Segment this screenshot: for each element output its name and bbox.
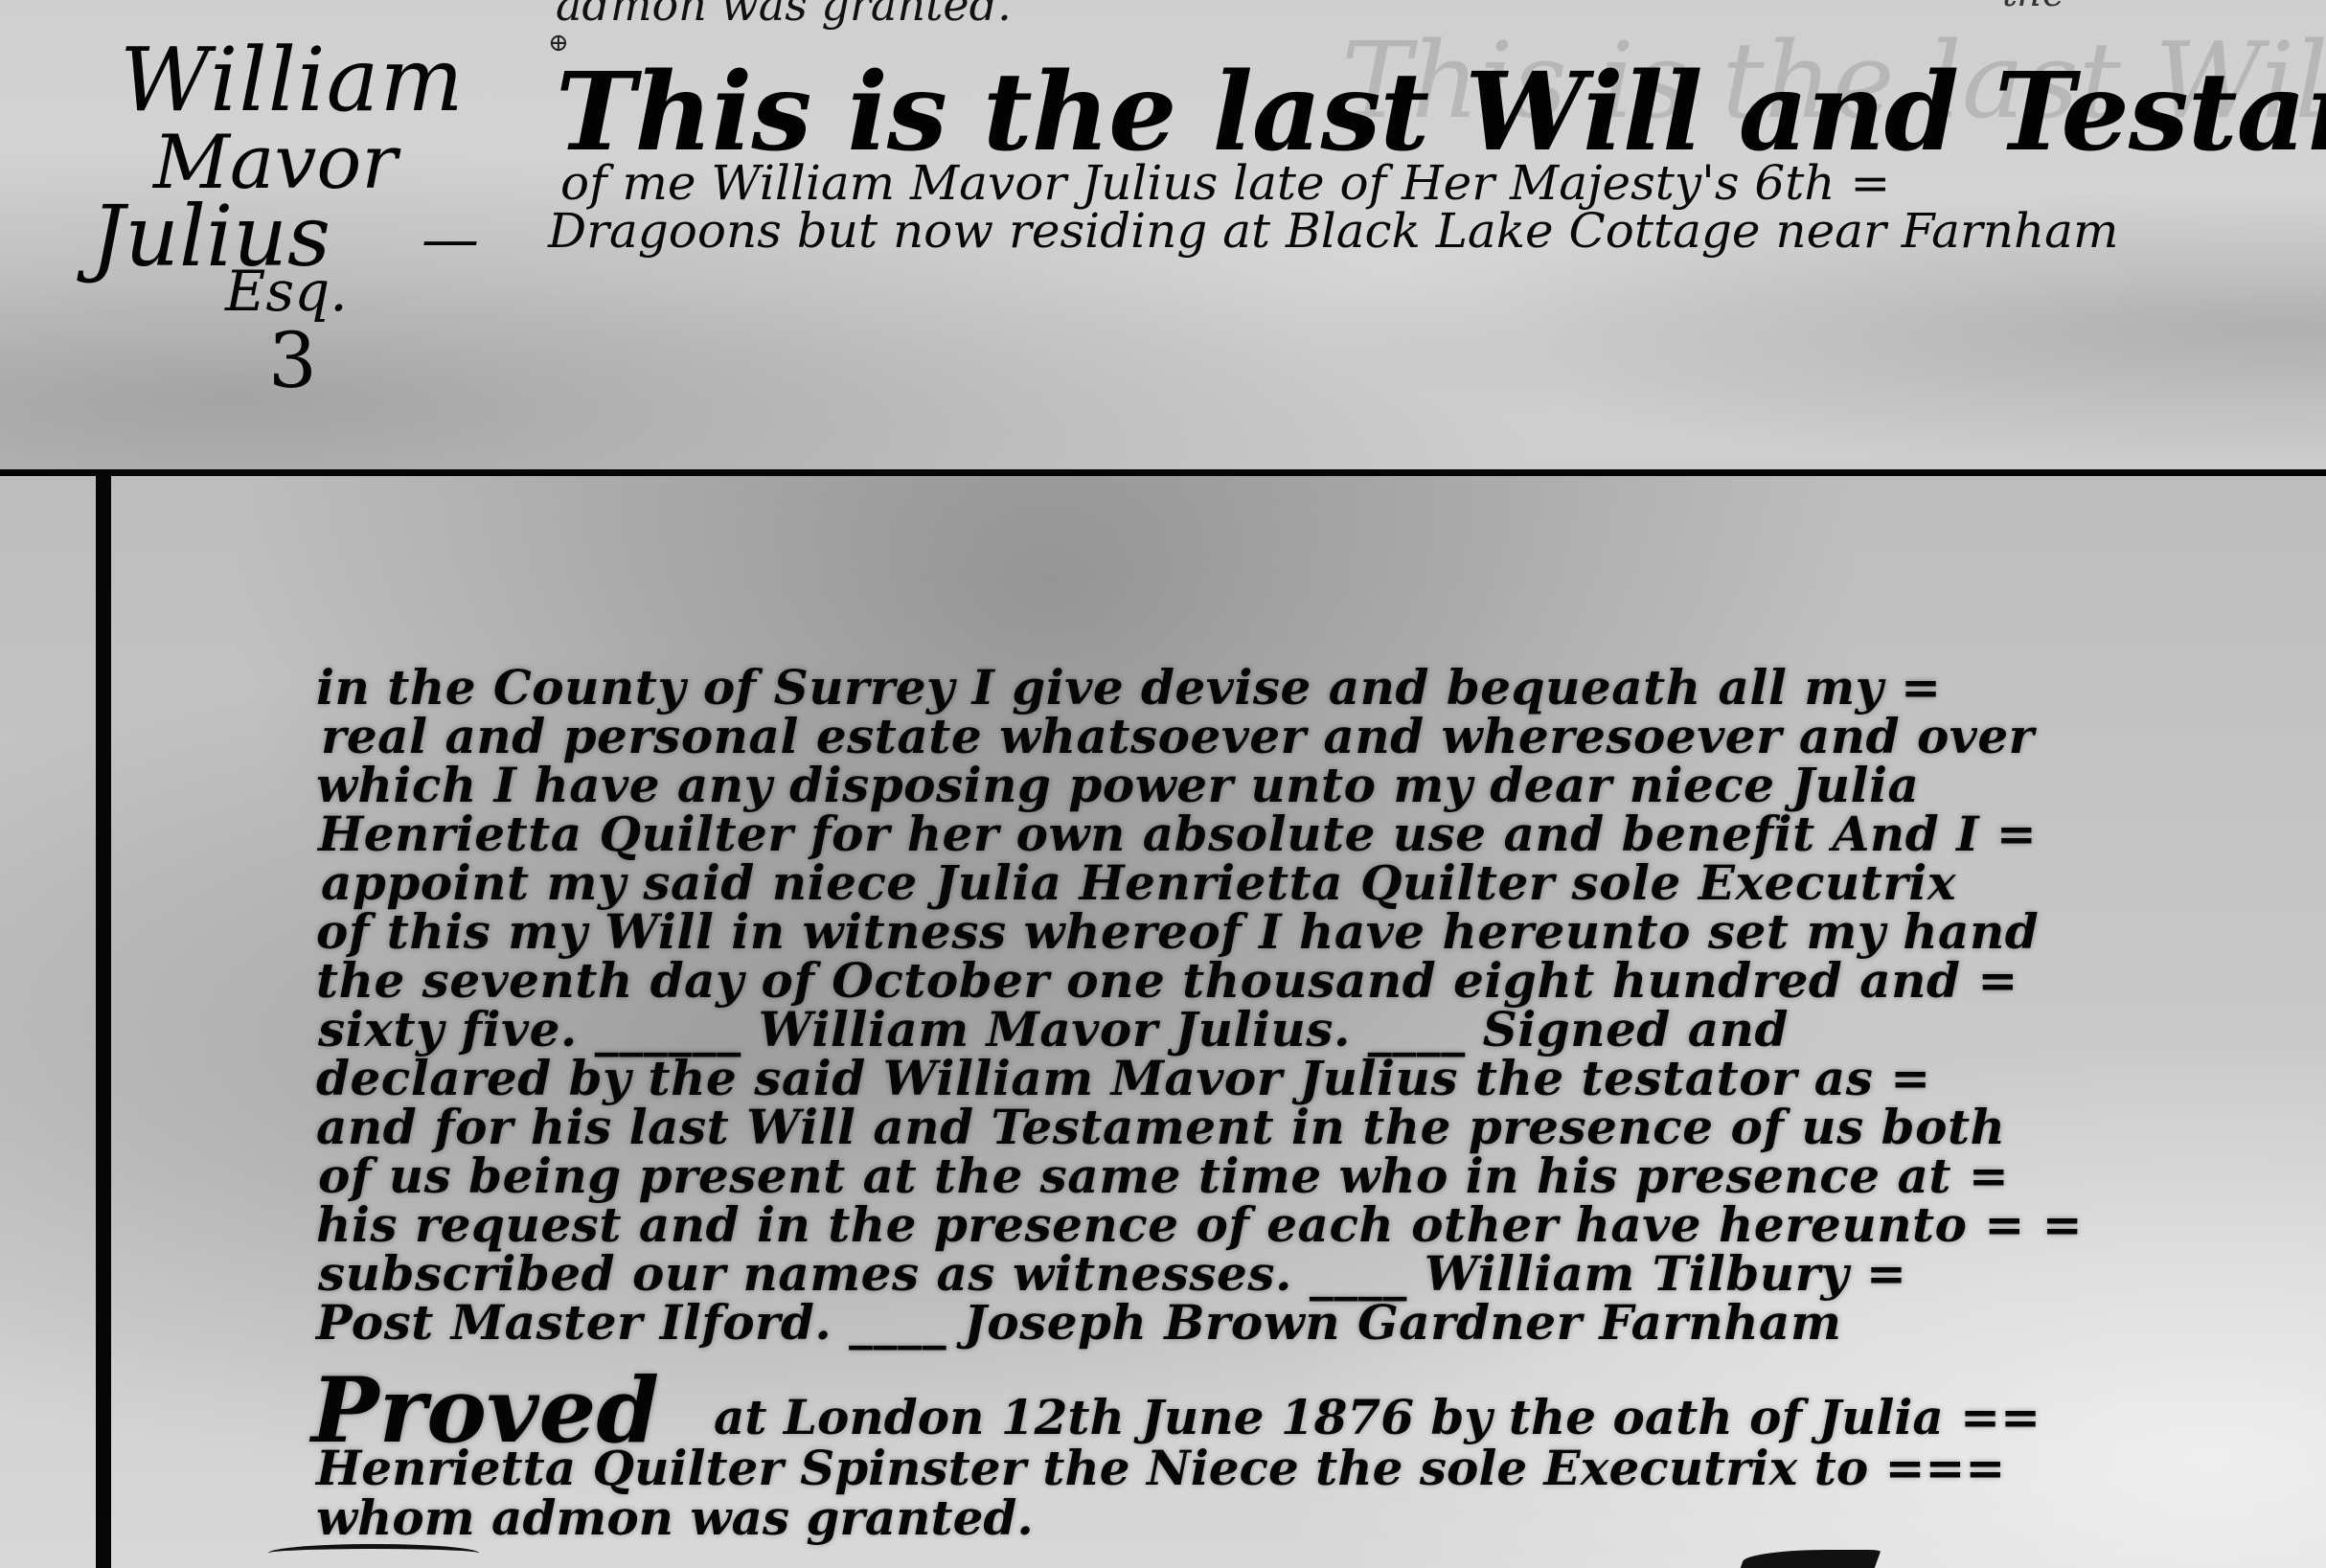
marginal-esq: Esq.: [225, 259, 348, 324]
marginal-name-william: William: [120, 29, 465, 131]
previous-entry-fragment-right: the: [2002, 0, 2065, 15]
next-entry-swash: [268, 1544, 479, 1562]
marginal-dash: —: [422, 206, 479, 273]
probate-line: whom admon was granted.: [316, 1489, 1034, 1546]
previous-entry-fragment: admon was granted.: [556, 0, 1012, 31]
probate-line: Henrietta Quilter Spinster the Niece the…: [316, 1440, 2005, 1496]
margin-rule-line: [96, 476, 111, 1568]
entry-number: 3: [268, 316, 317, 405]
body-line: Post Master Ilford. ____ Joseph Brown Ga…: [316, 1294, 1841, 1351]
probate-line: at London 12th June 1876 by the oath of …: [714, 1389, 2041, 1445]
heading-line: Dragoons but now residing at Black Lake …: [548, 203, 2118, 259]
page-divider-line: [0, 469, 2326, 476]
